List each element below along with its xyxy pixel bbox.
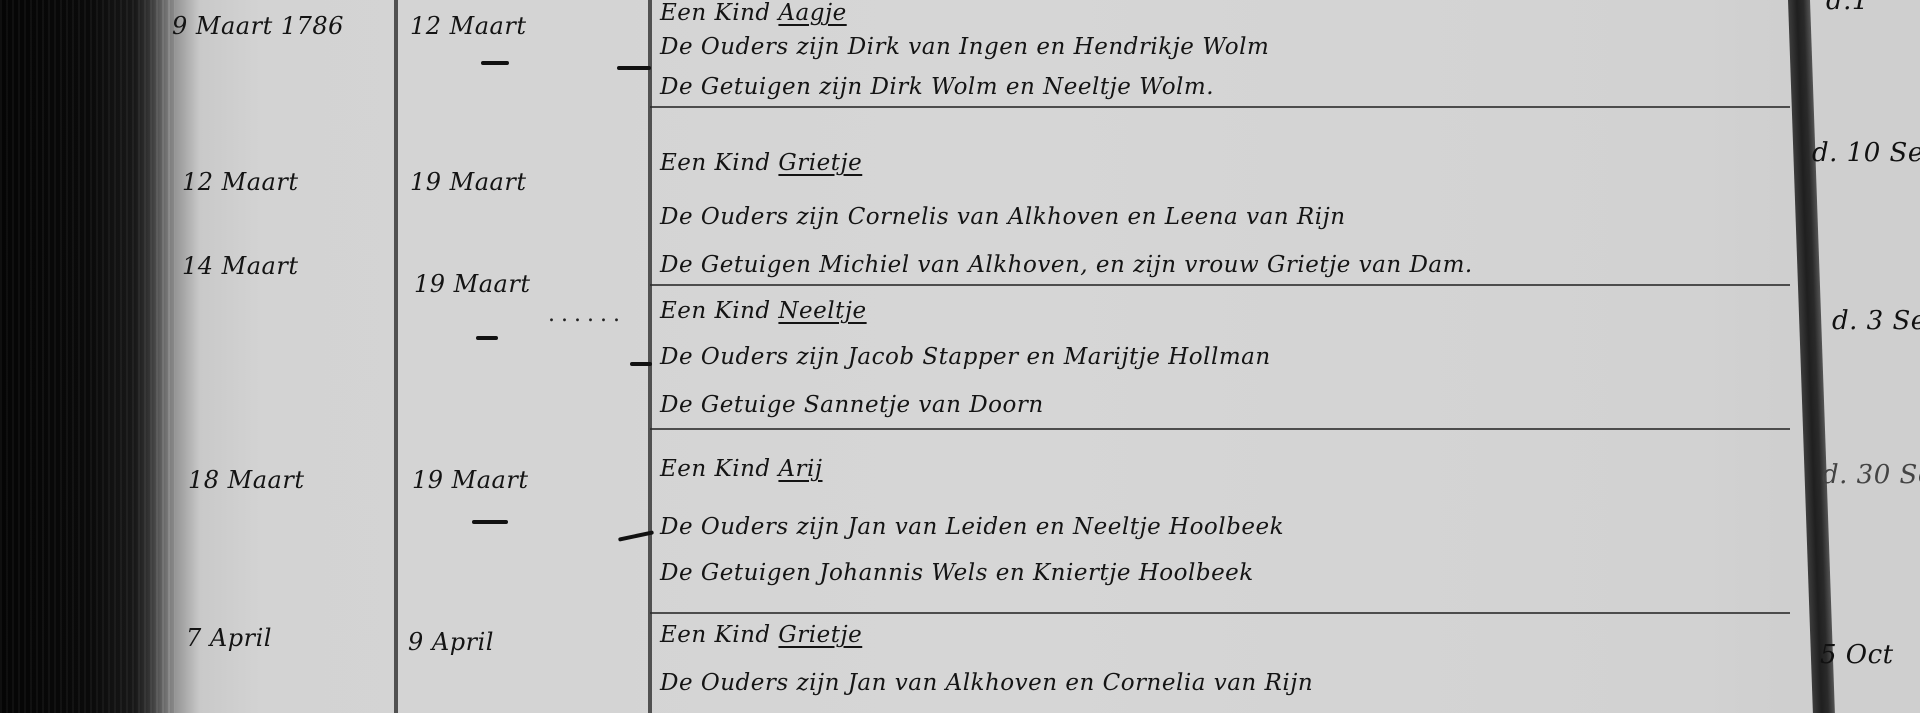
witnesses-line: De Getuigen Michiel van Alkhoven, en zij… [660,252,1473,278]
child-line-prefix: Een Kind [660,150,771,176]
child-line-prefix: Een Kind [660,298,771,324]
baptism-date: 19 Maart [414,270,530,298]
baptism-date: 19 Maart [410,168,526,196]
entry-separator [650,106,1790,108]
entry-separator [650,284,1790,286]
ditto-mark [617,66,651,70]
margin-note: d. 10 Sep [1812,138,1920,168]
parents-line: De Ouders zijn Cornelis van Alkhoven en … [660,204,1346,230]
register-page: 9 Maart 1786 12 Maart Een Kind Aagje De … [0,0,1920,713]
margin-note: d. 3 Sep [1832,306,1920,336]
book-spine [0,0,175,713]
ditto-mark [476,336,498,340]
parents-line: De Ouders zijn Jan van Leiden en Neeltje… [660,514,1284,540]
parents-line: De Ouders zijn Jacob Stapper en Marijtje… [660,344,1271,370]
ditto-mark [481,61,509,65]
entry-separator [650,428,1790,430]
column-divider-1 [394,0,398,713]
child-name: Neeltje [778,298,866,324]
ditto-mark [630,362,652,366]
child-line: Een Kind Grietje [660,150,862,176]
child-line-prefix: Een Kind [660,622,771,648]
entry-separator [650,612,1790,614]
margin-note: 5 Oct [1820,640,1894,670]
witnesses-line: De Getuigen zijn Dirk Wolm en Neeltje Wo… [660,74,1214,100]
witnesses-line: De Getuigen Johannis Wels en Kniertje Ho… [660,560,1254,586]
birth-date: 9 Maart 1786 [172,12,344,40]
baptism-date: 12 Maart [410,12,526,40]
child-line: Een Kind Aagje [660,0,847,26]
parents-line: De Ouders zijn Dirk van Ingen en Hendrik… [660,34,1269,60]
birth-date: 18 Maart [188,466,304,494]
birth-date: 12 Maart [182,168,298,196]
baptism-date: 9 April [408,628,494,656]
birth-date: 14 Maart [182,252,298,280]
child-line: Een Kind Arij [660,456,823,482]
dotted-leader: ...... [548,302,626,327]
page-gutter [1788,0,1835,713]
margin-note: d. 30 Sep [1822,460,1920,490]
child-name: Grietje [778,150,862,176]
baptism-date: 19 Maart [412,466,528,494]
birth-date: 7 April [186,624,272,652]
ditto-mark [472,520,508,524]
child-line-prefix: Een Kind [660,456,771,482]
margin-note: d.1 [1826,0,1869,16]
child-line-prefix: Een Kind [660,0,771,26]
witnesses-line: De Getuige Sannetje van Doorn [660,392,1044,418]
child-name: Aagje [778,0,846,26]
parents-line: De Ouders zijn Jan van Alkhoven en Corne… [660,670,1313,696]
child-line: Een Kind Neeltje [660,298,867,324]
child-name: Arij [778,456,822,482]
child-line: Een Kind Grietje [660,622,862,648]
child-name: Grietje [778,622,862,648]
